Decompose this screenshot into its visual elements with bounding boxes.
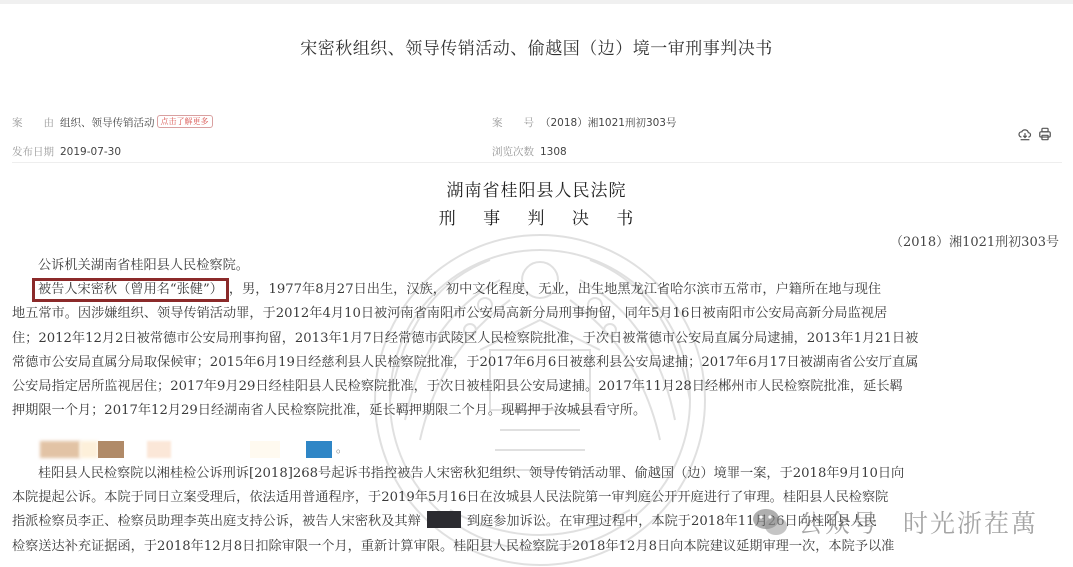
- redaction-block: [98, 441, 124, 458]
- meta-divider: [12, 162, 1062, 163]
- document-case-number: （2018）湘1021刑初303号: [890, 231, 1059, 250]
- redaction-block: [147, 441, 171, 458]
- meta-views: 浏览次数1308: [492, 144, 567, 159]
- wechat-icon: [752, 507, 788, 537]
- cause-label: 案 由: [12, 117, 54, 129]
- wechat-watermark: 公众号时光浙茬萬: [752, 504, 1038, 540]
- case-number-label: 案 号: [492, 117, 534, 129]
- redaction-block: [306, 441, 332, 458]
- publish-date-label: 发布日期: [12, 146, 54, 158]
- meta-cause: 案 由组织、领导传销活动点击了解更多: [12, 115, 213, 130]
- document-type: 刑 事 判 决 书: [0, 204, 1073, 229]
- views-label: 浏览次数: [492, 146, 534, 158]
- defendant-highlight-box: 被告人宋密秋（曾用名“张健”）: [32, 278, 229, 302]
- publish-date-value: 2019-07-30: [60, 146, 121, 158]
- defendant-paragraph: 公诉机关湖南省桂阳县人民检察院。 被告人宋密秋（曾用名“张健”），男，1977年…: [12, 254, 1062, 423]
- action-icons: [1018, 126, 1052, 145]
- top-border: [0, 0, 1073, 4]
- cloud-download-icon[interactable]: [1018, 126, 1032, 145]
- watermark-label: 公众号: [798, 504, 879, 540]
- learn-more-button[interactable]: 点击了解更多: [157, 115, 213, 128]
- court-name: 湖南省桂阳县人民法院: [0, 176, 1073, 201]
- redaction-block: [40, 441, 80, 458]
- redaction-block: [250, 441, 280, 458]
- page-title: 宋密秋组织、领导传销活动、偷越国（边）境一审刑事判决书: [0, 34, 1073, 59]
- views-value: 1308: [540, 146, 567, 158]
- redacted-line: 。: [0, 441, 400, 461]
- meta-publish-date: 发布日期2019-07-30: [12, 144, 121, 159]
- meta-case-number: 案 号（2018）湘1021刑初303号: [492, 115, 676, 130]
- prosecutor-line: 公诉机关湖南省桂阳县人民检察院。: [12, 254, 1062, 278]
- defendant-line: 被告人宋密秋（曾用名“张健”），男，1977年8月27日出生，汉族，初中文化程度…: [12, 278, 1062, 302]
- redacted-line-tail: 。: [336, 439, 348, 456]
- case-number-value: （2018）湘1021刑初303号: [540, 117, 676, 129]
- redaction-block: [80, 441, 98, 458]
- watermark-account: 时光浙茬萬: [903, 504, 1038, 540]
- black-redaction-block: [427, 511, 461, 528]
- printer-icon[interactable]: [1038, 126, 1052, 145]
- cause-value: 组织、领导传销活动: [60, 117, 155, 129]
